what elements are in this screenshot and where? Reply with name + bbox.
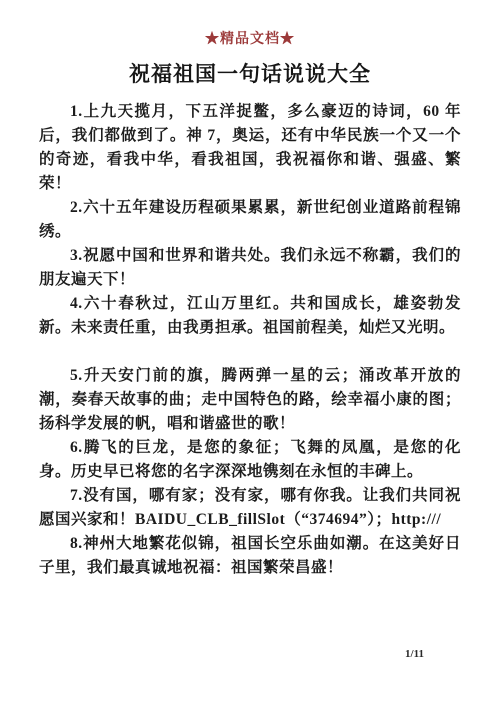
paragraph-8: 8.神州大地繁花似锦，祖国长空乐曲如潮。在这美好日子里，我们最真诚地祝福：祖国繁… bbox=[39, 532, 461, 580]
page-number: 1/11 bbox=[405, 647, 424, 661]
doc-quality-banner: ★精品文档★ bbox=[39, 30, 461, 50]
paragraph-3: 3.祝愿中国和世界和谐共处。我们永远不称霸，我们的朋友遍天下！ bbox=[39, 244, 461, 292]
paragraph-5: 5.升天安门前的旗，腾两弹一星的云；涌改革开放的潮，奏春天故事的曲；走中国特色的… bbox=[39, 364, 461, 436]
paragraph-2: 2.六十五年建设历程硕果累累，新世纪创业道路前程锦绣。 bbox=[39, 196, 461, 244]
paragraph-1: 1.上九天揽月，下五洋捉鳖，多么豪迈的诗词，60 年后，我们都做到了。神 7，奥… bbox=[39, 100, 461, 196]
paragraph-4: 4.六十春秋过，江山万里红。共和国成长，雄姿勃发新。未来责任重，由我勇担承。祖国… bbox=[39, 292, 461, 340]
document-page: ★精品文档★ 祝福祖国一句话说说大全 1.上九天揽月，下五洋捉鳖，多么豪迈的诗词… bbox=[0, 0, 500, 707]
doc-body: 1.上九天揽月，下五洋捉鳖，多么豪迈的诗词，60 年后，我们都做到了。神 7，奥… bbox=[39, 100, 461, 580]
paragraph-7: 7.没有国，哪有家；没有家，哪有你我。让我们共同祝愿国兴家和！BAIDU_CLB… bbox=[39, 484, 461, 532]
doc-title: 祝福祖国一句话说说大全 bbox=[39, 61, 461, 87]
paragraph-6: 6.腾飞的巨龙，是您的象征；飞舞的凤凰，是您的化身。历史早已将您的名字深深地镌刻… bbox=[39, 436, 461, 484]
